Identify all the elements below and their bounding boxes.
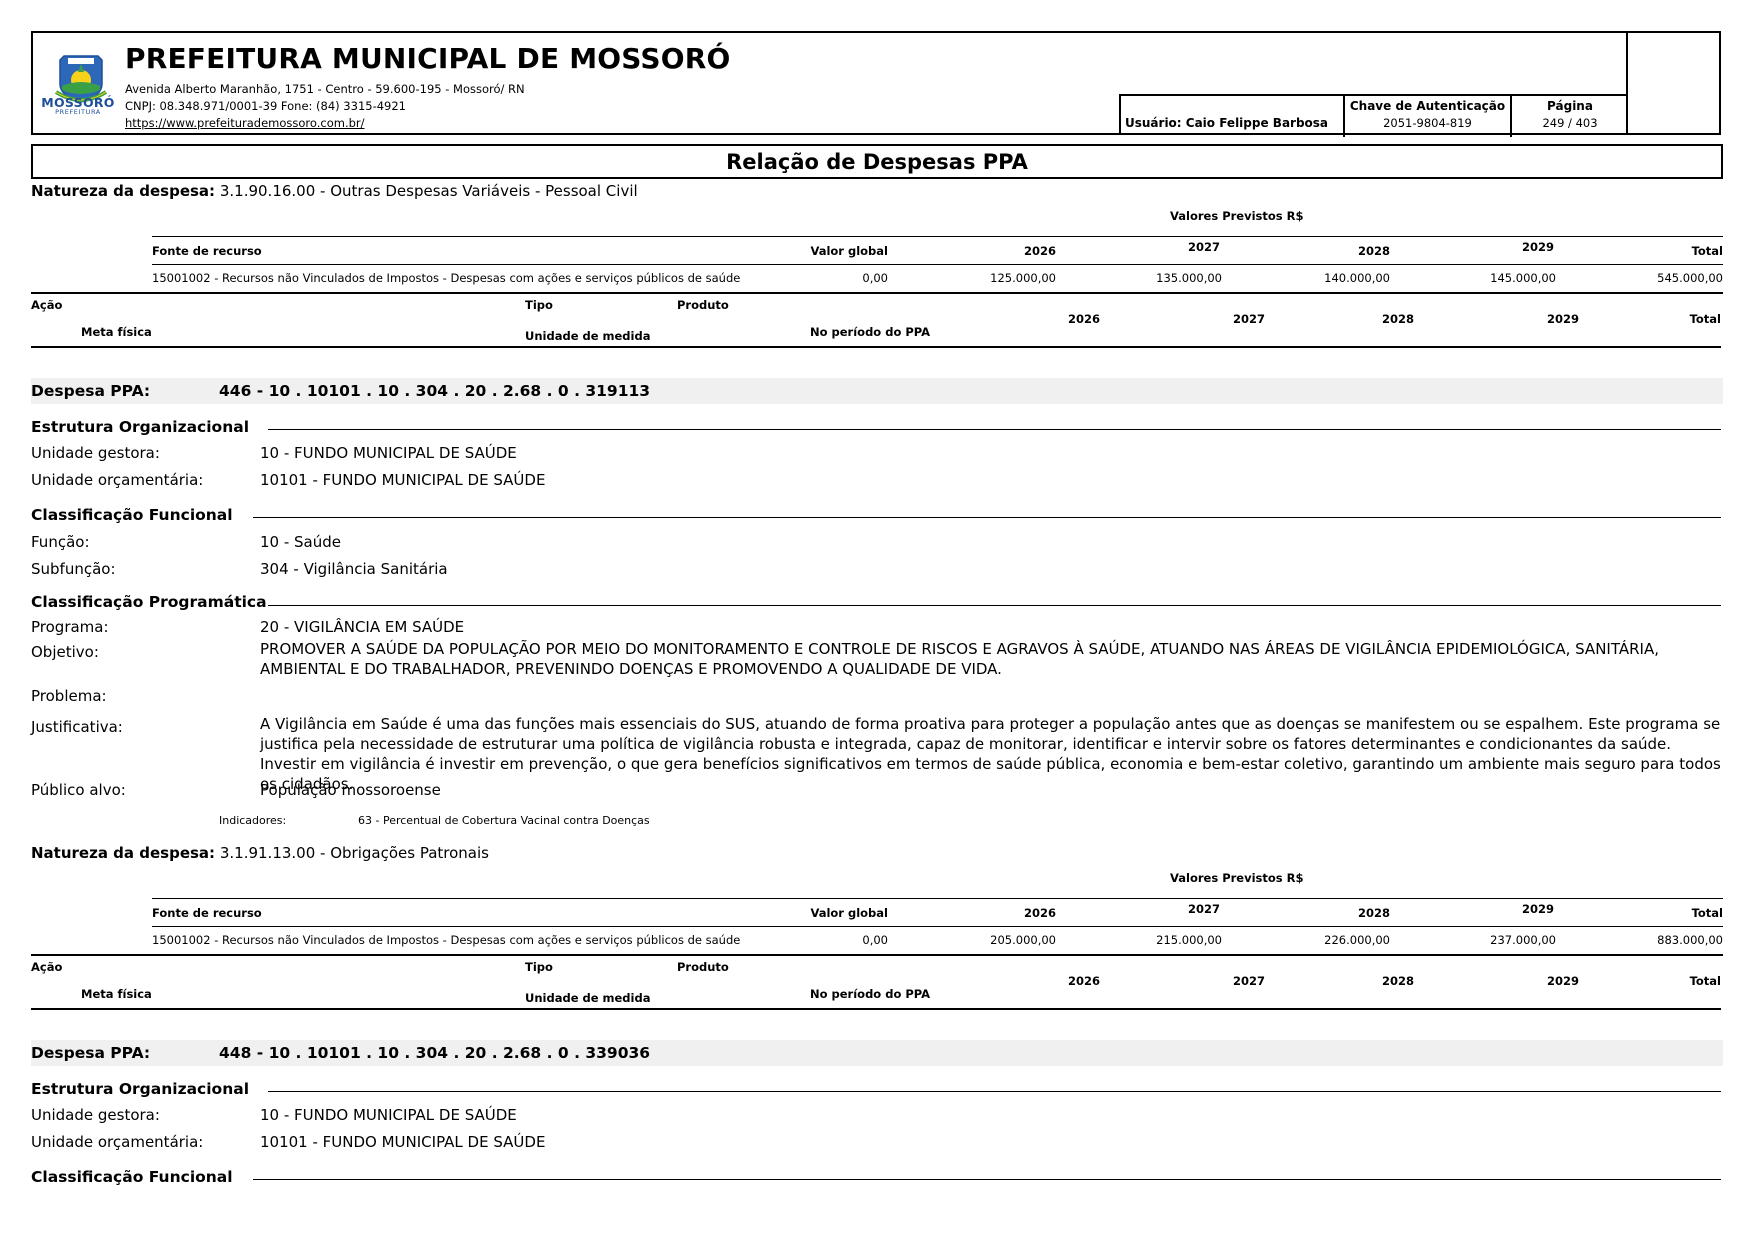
programa-label: Programa:: [31, 618, 109, 636]
col-acao: Ação: [31, 960, 62, 974]
table-rule-thick: [31, 1008, 1721, 1010]
value-2027: 215.000,00: [1120, 933, 1222, 947]
organization-name: PREFEITURA MUNICIPAL DE MOSSORÓ: [125, 42, 731, 75]
unidade-gestora-label: Unidade gestora:: [31, 444, 160, 462]
col-meta-fisica: Meta física: [81, 325, 152, 339]
section-classificacao-funcional: Classificação Funcional: [31, 506, 233, 524]
col-2026: 2026: [960, 244, 1056, 258]
natureza-label: Natureza da despesa:: [31, 844, 215, 862]
report-title-box: Relação de Despesas PPA: [31, 144, 1723, 179]
natureza-despesa: Natureza da despesa: 3.1.90.16.00 - Outr…: [31, 182, 638, 200]
value-total: 883.000,00: [1610, 933, 1723, 947]
meta-col-2029: 2029: [1479, 312, 1579, 326]
value-2028: 226.000,00: [1286, 933, 1390, 947]
indicador-value: 63 - Percentual de Cobertura Vacinal con…: [358, 814, 650, 827]
table-rule: [152, 236, 1723, 237]
publico-alvo-value: População mossoroense: [260, 781, 441, 799]
unidade-gestora-value: 10 - FUNDO MUNICIPAL DE SAÚDE: [260, 444, 517, 462]
subfuncao-label: Subfunção:: [31, 560, 116, 578]
problema-label: Problema:: [31, 687, 107, 705]
organization-cnpj-phone: CNPJ: 08.348.971/0001-39 Fone: (84) 3315…: [125, 99, 406, 113]
col-total: Total: [1620, 906, 1723, 920]
value-2029: 237.000,00: [1452, 933, 1556, 947]
col-valor-global: Valor global: [760, 906, 888, 920]
unidade-gestora-label: Unidade gestora:: [31, 1106, 160, 1124]
funcao-value: 10 - Saúde: [260, 533, 341, 551]
natureza-value: 3.1.90.16.00 - Outras Despesas Variáveis…: [220, 182, 638, 200]
unidade-gestora-value: 10 - FUNDO MUNICIPAL DE SAÚDE: [260, 1106, 517, 1124]
col-no-periodo: No período do PPA: [810, 325, 930, 339]
section-classificacao-programatica: Classificação Programática: [31, 593, 267, 611]
despesa-ppa-code: 446 - 10 . 10101 . 10 . 304 . 20 . 2.68 …: [219, 382, 650, 400]
value-total: 545.000,00: [1610, 271, 1723, 285]
indicadores-label: Indicadores:: [219, 814, 286, 827]
funcao-label: Função:: [31, 533, 90, 551]
meta-col-total: Total: [1620, 974, 1721, 988]
col-meta-fisica: Meta física: [81, 987, 152, 1001]
col-no-periodo: No período do PPA: [810, 987, 930, 1001]
despesa-ppa-band: Despesa PPA: 446 - 10 . 10101 . 10 . 304…: [31, 378, 1723, 404]
objetivo-value: PROMOVER A SAÚDE DA POPULAÇÃO POR MEIO D…: [260, 639, 1725, 679]
natureza-label: Natureza da despesa:: [31, 182, 215, 200]
natureza-despesa: Natureza da despesa: 3.1.91.13.00 - Obri…: [31, 844, 489, 862]
value-2027: 135.000,00: [1120, 271, 1222, 285]
table-rule-thick: [31, 346, 1721, 348]
user-name: Usuário: Caio Felippe Barbosa: [1125, 116, 1328, 130]
meta-col-2028: 2028: [1314, 312, 1414, 326]
organization-website-link[interactable]: https://www.prefeiturademossoro.com.br/: [125, 116, 365, 130]
table-rule-thick: [31, 954, 1723, 956]
section-rule: [253, 1179, 1721, 1180]
section-rule: [268, 605, 1721, 606]
auth-key-value: 2051-9804-819: [1345, 116, 1510, 130]
col-tipo: Tipo: [525, 298, 553, 312]
valores-previstos-label: Valores Previstos R$: [1170, 871, 1303, 885]
meta-col-total: Total: [1620, 312, 1721, 326]
justificativa-value: A Vigilância em Saúde é uma das funções …: [260, 714, 1725, 794]
fonte-description: 15001002 - Recursos não Vinculados de Im…: [152, 271, 740, 285]
justificativa-label: Justificativa:: [31, 718, 123, 736]
auth-key-label: Chave de Autenticação: [1345, 99, 1510, 113]
unidade-orcamentaria-value: 10101 - FUNDO MUNICIPAL DE SAÚDE: [260, 471, 545, 489]
header-info-box: Usuário: Caio Felippe Barbosa Chave de A…: [1119, 94, 1628, 135]
page-label: Página: [1512, 99, 1628, 113]
col-valor-global: Valor global: [760, 244, 888, 258]
section-rule: [268, 429, 1721, 430]
section-estrutura-organizacional: Estrutura Organizacional: [31, 1080, 249, 1098]
col-acao: Ação: [31, 298, 62, 312]
meta-col-2029: 2029: [1479, 974, 1579, 988]
unidade-orcamentaria-label: Unidade orçamentária:: [31, 1133, 203, 1151]
organization-address: Avenida Alberto Maranhão, 1751 - Centro …: [125, 82, 525, 96]
meta-col-2026: 2026: [1000, 974, 1100, 988]
col-produto: Produto: [677, 960, 729, 974]
col-2027: 2027: [1124, 240, 1220, 254]
value-2026: 125.000,00: [956, 271, 1056, 285]
col-2029: 2029: [1458, 902, 1554, 916]
table-rule: [152, 926, 1723, 927]
subfuncao-value: 304 - Vigilância Sanitária: [260, 560, 448, 578]
valores-previstos-label: Valores Previstos R$: [1170, 209, 1303, 223]
despesa-ppa-label: Despesa PPA:: [31, 382, 150, 400]
page-number: 249 / 403: [1512, 116, 1628, 130]
col-produto: Produto: [677, 298, 729, 312]
unidade-orcamentaria-value: 10101 - FUNDO MUNICIPAL DE SAÚDE: [260, 1133, 545, 1151]
col-2026: 2026: [960, 906, 1056, 920]
objetivo-label: Objetivo:: [31, 643, 99, 661]
report-title: Relação de Despesas PPA: [33, 150, 1721, 174]
col-unidade-medida: Unidade de medida: [525, 991, 650, 1005]
despesa-ppa-label: Despesa PPA:: [31, 1044, 150, 1062]
natureza-value: 3.1.91.13.00 - Obrigações Patronais: [220, 844, 489, 862]
section-classificacao-funcional: Classificação Funcional: [31, 1168, 233, 1186]
unidade-orcamentaria-label: Unidade orçamentária:: [31, 471, 203, 489]
col-fonte-recurso: Fonte de recurso: [152, 244, 262, 258]
publico-alvo-label: Público alvo:: [31, 781, 126, 799]
col-tipo: Tipo: [525, 960, 553, 974]
meta-col-2026: 2026: [1000, 312, 1100, 326]
meta-col-2028: 2028: [1314, 974, 1414, 988]
value-2028: 140.000,00: [1286, 271, 1390, 285]
table-rule: [152, 898, 1723, 899]
value-2029: 145.000,00: [1452, 271, 1556, 285]
col-2027: 2027: [1124, 902, 1220, 916]
section-rule: [253, 517, 1721, 518]
valor-global: 0,00: [760, 271, 888, 285]
table-rule-thick: [31, 292, 1723, 294]
meta-col-2027: 2027: [1165, 312, 1265, 326]
despesa-ppa-code: 448 - 10 . 10101 . 10 . 304 . 20 . 2.68 …: [219, 1044, 650, 1062]
col-2029: 2029: [1458, 240, 1554, 254]
section-rule: [268, 1091, 1721, 1092]
col-fonte-recurso: Fonte de recurso: [152, 906, 262, 920]
logo-subtitle: PREFEITURA: [41, 108, 115, 116]
table-rule: [152, 264, 1723, 265]
despesa-ppa-band: Despesa PPA: 448 - 10 . 10101 . 10 . 304…: [31, 1040, 1723, 1066]
value-2026: 205.000,00: [956, 933, 1056, 947]
col-2028: 2028: [1294, 244, 1390, 258]
col-unidade-medida: Unidade de medida: [525, 329, 650, 343]
valor-global: 0,00: [760, 933, 888, 947]
section-estrutura-organizacional: Estrutura Organizacional: [31, 418, 249, 436]
col-2028: 2028: [1294, 906, 1390, 920]
meta-col-2027: 2027: [1165, 974, 1265, 988]
programa-value: 20 - VIGILÂNCIA EM SAÚDE: [260, 618, 464, 636]
fonte-description: 15001002 - Recursos não Vinculados de Im…: [152, 933, 740, 947]
col-total: Total: [1620, 244, 1723, 258]
